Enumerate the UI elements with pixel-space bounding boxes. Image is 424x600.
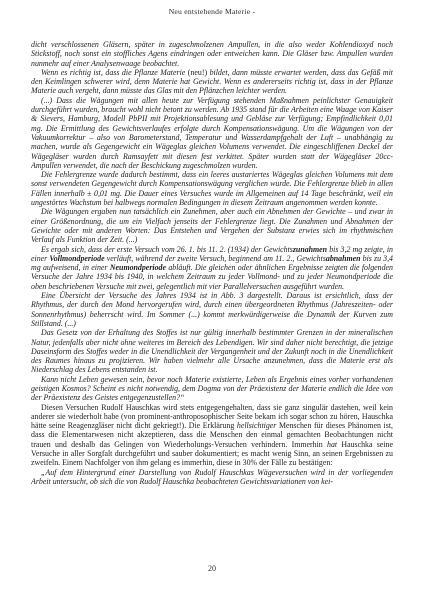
paragraph: Das Gesetz von der Erhaltung des Stoffes… (31, 328, 393, 374)
paragraph: Wenn es richtig ist, dass die Pflanze Ma… (31, 68, 393, 96)
text-run: dicht verschlossenen Gläsern, später in … (31, 40, 393, 68)
text-run: Wenn es richtig ist, dass die Pflanze Ma… (41, 68, 188, 77)
text-run: Eine Übersicht der Versuche des Jahres 1… (31, 291, 393, 328)
text-run: zunahmen (293, 245, 327, 254)
text-run: verläuft, während der zweite Versuch, be… (105, 254, 326, 263)
paragraph: Es ergab sich, dass der erste Versuch vo… (31, 245, 393, 291)
text-run: „Auf dem Hintergrund einer Darstellung v… (31, 468, 393, 486)
text-run: Das Gesetz von der Erhaltung des Stoffes… (31, 328, 393, 374)
paragraph: „Auf dem Hintergrund einer Darstellung v… (31, 468, 393, 487)
text-run: (neu!) (188, 68, 207, 77)
text-run: Vollmondperiode (49, 254, 104, 263)
page-number: 20 (0, 564, 424, 573)
document-page: Neu entstehende Materie - dicht verschlo… (0, 0, 424, 600)
paragraph: dicht verschlossenen Gläsern, später in … (31, 40, 393, 68)
text-run: Es ergab sich, dass der erste Versuch vo… (41, 245, 293, 254)
text-run: hellsichtiger (237, 421, 276, 430)
paragraph: Kann nicht Leben gewesen sein, bevor noc… (31, 375, 393, 403)
text-run: (...) Dass die Wägungen mit allen heute … (31, 96, 393, 170)
text-run: hat (327, 440, 337, 449)
text-run: Neumondperiode (110, 263, 166, 272)
paragraph: Die Fehlergrenze wurde dadurch bestimmt,… (31, 170, 393, 207)
text-run: Kann nicht Leben gewesen sein, bevor noc… (31, 375, 393, 403)
paragraph: Die Wägungen ergaben nun tatsächlich ein… (31, 207, 393, 244)
text-run: Die Wägungen ergaben nun tatsächlich ein… (31, 207, 393, 244)
page-body: dicht verschlossenen Gläsern, später in … (31, 40, 393, 486)
text-run: abnahmen (326, 254, 361, 263)
running-header: Neu entstehende Materie - (0, 7, 424, 16)
text-run: Die Fehlergrenze wurde dadurch bestimmt,… (31, 170, 393, 207)
paragraph: Diesen Versuchen Rudolf Hauschkas wird s… (31, 403, 393, 468)
paragraph: (...) Dass die Wägungen mit allen heute … (31, 96, 393, 170)
paragraph: Eine Übersicht der Versuche des Jahres 1… (31, 291, 393, 328)
